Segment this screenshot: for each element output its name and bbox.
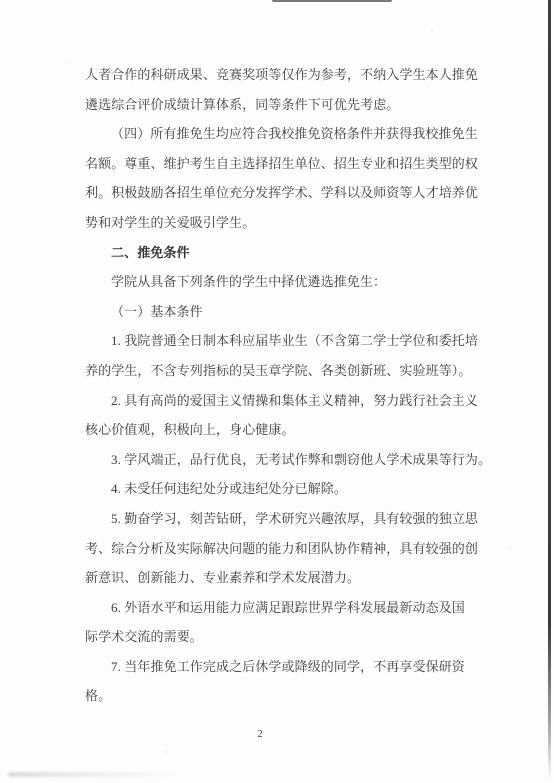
scanned-document-page: 人者合作的科研成果、竞赛奖项等仅作为参考，不纳入学生本人推免 遴选综合评价成绩计… bbox=[0, 0, 554, 783]
doc-line-item-2-start: 2. 具有高尚的爱国主义情操和集体主义精神，努力践行社会主义 bbox=[85, 386, 485, 416]
doc-line-item-4-start: （四）所有推免生均应符合我校推免资格条件并获得我校推免生 bbox=[85, 119, 485, 149]
doc-line: 利。积极鼓励各招生单位充分发挥学术、学科以及师资等人才培养优 bbox=[85, 178, 485, 208]
doc-line-item-5-start: 5. 勤奋学习，刻苦钻研，学术研究兴趣浓厚，具有较强的独立思 bbox=[85, 504, 485, 534]
doc-line-item-1-start: 1. 我院普通全日制本科应届毕业生（不含第二学士学位和委托培 bbox=[85, 326, 485, 356]
page-number: 2 bbox=[0, 728, 520, 740]
doc-line-item-7-start: 7. 当年推免工作完成之后休学或降级的同学，不再享受保研资 bbox=[85, 652, 485, 682]
doc-line: 核心价值观，积极向上，身心健康。 bbox=[85, 415, 485, 445]
subsection-heading-basic-conditions: （一）基本条件 bbox=[85, 297, 485, 327]
doc-line: 名额。尊重、维护考生自主选择招生单位、招生专业和招生类型的权 bbox=[85, 149, 485, 179]
scan-artifact-top-edge bbox=[272, 0, 392, 2]
doc-line: 格。 bbox=[85, 681, 485, 711]
doc-line-item-4: 4. 未受任何违纪处分或违纪处分已解除。 bbox=[85, 474, 485, 504]
doc-line: 人者合作的科研成果、竞赛奖项等仅作为参考，不纳入学生本人推免 bbox=[85, 60, 485, 90]
doc-line: 新意识、创新能力、专业素养和学术发展潜力。 bbox=[85, 563, 485, 593]
doc-line-item-6-start: 6. 外语水平和运用能力应满足跟踪世界学科发展最新动态及国 bbox=[85, 593, 485, 623]
doc-line: 学院从具备下列条件的学生中择优遴选推免生： bbox=[85, 267, 485, 297]
doc-line: 际学术交流的需要。 bbox=[85, 622, 485, 652]
doc-line: 遴选综合评价成绩计算体系，同等条件下可优先考虑。 bbox=[85, 90, 485, 120]
scan-artifact-bottom-smudge bbox=[8, 772, 178, 777]
scan-artifact-right-edge bbox=[548, 0, 551, 780]
doc-line: 考、综合分析及实际解决问题的能力和团队协作精神，具有较强的创 bbox=[85, 534, 485, 564]
doc-line: 势和对学生的关爱吸引学生。 bbox=[85, 208, 485, 238]
section-heading-conditions: 二、推免条件 bbox=[85, 238, 485, 268]
document-body: 人者合作的科研成果、竞赛奖项等仅作为参考，不纳入学生本人推免 遴选综合评价成绩计… bbox=[85, 60, 485, 711]
doc-line-item-3: 3. 学风端正，品行优良，无考试作弊和剽窃他人学术成果等行为。 bbox=[85, 445, 485, 475]
doc-line: 养的学生，不含专列指标的吴玉章学院、各类创新班、实验班等）。 bbox=[85, 356, 485, 386]
